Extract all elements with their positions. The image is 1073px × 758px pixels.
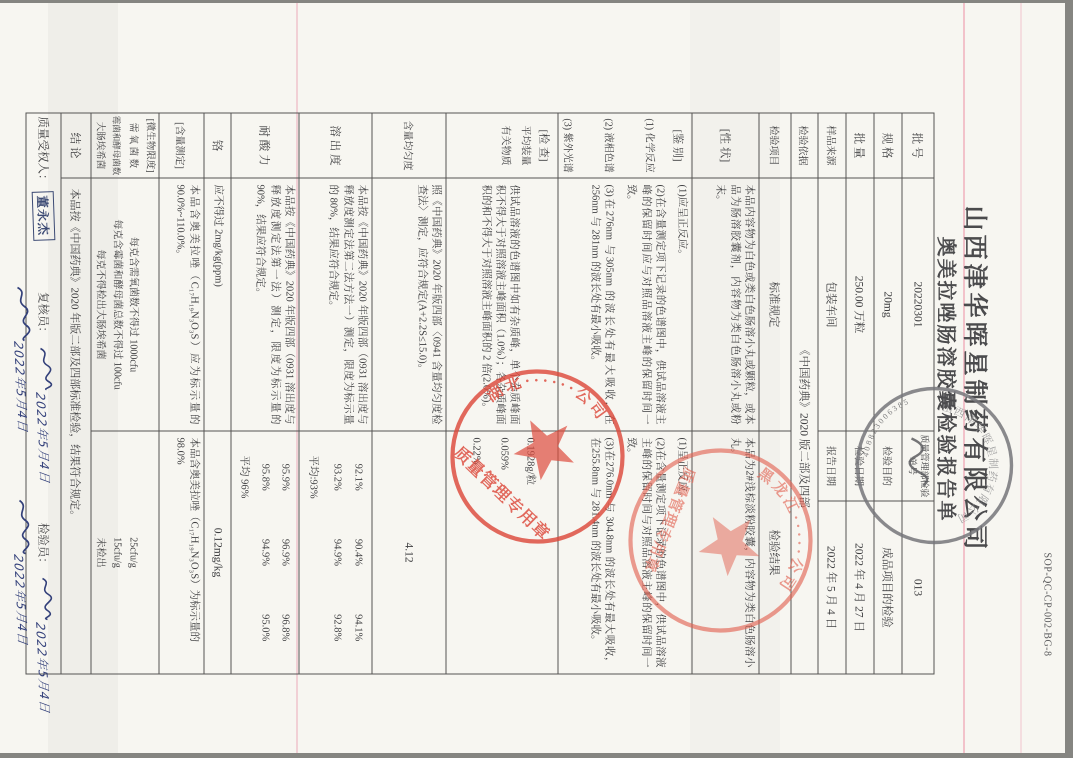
avg-fill-weight-label: 平均装量 (520, 126, 535, 166)
acid-resistance-value: 96.8% (273, 590, 293, 665)
signature-row: 质量受权人： 董永杰 复核员： 2022年5月4日 检验员： 2022年5月4日 (27, 114, 61, 674)
inspection-label: [检 查] (537, 129, 553, 161)
avg-fill-weight-result: 0.1928g/粒 (522, 438, 536, 668)
batch-qty-value: 250.00 万粒 (847, 179, 874, 432)
basis-value: 《中国药典》2020 版二部及四部 (792, 179, 818, 674)
related-substances-label: 有关物质 (500, 126, 515, 166)
microbial-standards: 每克含需氧菌数不得过 1000cfu 每克含霉菌和酵母菌总数不得过 100cfu… (92, 179, 159, 432)
assay-result: 本品含奥美拉唑（C₁₇H₁₉N₃O₃S）为标示量的 98.0% (160, 432, 204, 674)
content-uniformity-result: 4.12 (373, 432, 446, 674)
identification-result-3: (3)在276.0nm 与 304.8nm 的波长处有最大吸收，在255.8nm… (587, 438, 615, 668)
col-standard-header: 标准规定 (760, 179, 791, 432)
dissolution-label: 溶 出 度 (300, 114, 372, 179)
table-row-batch: 批 号 20220301 质量管理部检验单号 013 (902, 114, 934, 674)
identification-standard-1: (1)应呈正反应。 (674, 185, 688, 425)
acid-resistance-result: 95.9% 96.9% 96.8% 95.8% 94.9% 95.0% 平均 9… (232, 432, 299, 674)
chromium-label: 铬 (205, 114, 231, 179)
row-dissolution: 溶 出 度 本品按《中国药典》2020 年版四部（0931 溶出度与释放度测定法… (299, 114, 372, 674)
ecoli-label: 大肠埃希菌 (92, 122, 109, 170)
inspection-labels: [检 查] 平均装量 有关物质 (447, 114, 558, 179)
conclusion-label: 结 论 (62, 114, 91, 179)
report-date-label: 报告日期 (819, 432, 846, 502)
row-content-uniformity: 含量均匀度 照《中国药典》2020 年版四部〈0941 含量均匀度检查法〉测定，… (372, 114, 446, 674)
reviewer-signature-scrawl (34, 346, 53, 390)
report-portrait-page: SOP-QC-CP-002-BG-8 山西津华晖星制药有限公司 奥美拉唑肠溶胶囊… (0, 3, 1065, 753)
spec-value: 20mg (875, 179, 902, 432)
row-appearance: [性 状] 本品内容物为白色或类白色肠溶小丸或颗粒，或本品为肠溶胶囊剂，内容物为… (692, 114, 759, 674)
dissolution-value: 90.4% (344, 515, 365, 590)
inspection-standard: 供试品溶液的色谱图中如有杂质峰，单个杂质峰面积不得大于对照溶液主峰面积（1.0%… (447, 179, 558, 432)
conclusion-text: 本品按《中国药典》2020 年版二部及四部标准检验，结果符合规定。 (62, 179, 91, 674)
table-header-row: 检验项目 标准规定 检验结果 (759, 114, 791, 674)
source-value: 包装车间 (819, 179, 846, 432)
assay-standard: 本品含奥美拉唑（C₁₇H₁₉N₃O₃S）应为标示量的 90.0%~110.0%。 (160, 179, 204, 432)
col-result-header: 检验结果 (760, 432, 791, 674)
identification-item-3: (3) 紫外光谱 (562, 118, 577, 172)
identification-result: (1)呈正反应。 (2)在含量测定项下记录的色谱图中，供试品溶液主峰的保留时间与… (559, 432, 692, 674)
inspection-result: 0.1928g/粒 0.059% 0.22% (447, 432, 558, 674)
acid-resistance-average: 平均 96% (232, 440, 252, 666)
row-signatures: 质量受权人： 董永杰 复核员： 2022年5月4日 检验员： 2022年5月4日 (27, 114, 61, 674)
aerobic-count-result: 25cfu/g (125, 537, 142, 568)
microbial-label: [微生物限度] (141, 119, 158, 173)
reviewer-label: 复核员： (36, 292, 52, 338)
company-name: 山西津华晖星制药有限公司 (959, 3, 995, 753)
reviewer-date: 2022年5月4日 (33, 391, 55, 484)
acid-resistance-value: 94.9% (253, 515, 273, 590)
assay-result-value: 98.0% (172, 438, 186, 668)
mold-yeast-standard: 每克含霉菌和酵母菌总数不得过 100cfu (108, 219, 125, 389)
purpose-value: 成品项目的检验 (875, 502, 902, 674)
microbial-results: 25cfu/g 15cfu/g 未检出 (92, 432, 159, 674)
dissolution-value: 94.9% (323, 515, 344, 590)
chromium-standard: 应不得过 2mg/kg(ppm) (205, 179, 231, 432)
row-identification: [鉴 别] (1) 化学反应 (2) 液相色谱 (3) 紫外光谱 (1)应呈正反… (558, 114, 692, 674)
authorizer-label: 质量受权人： (36, 117, 52, 186)
table-row-source: 样品来源 包装车间 报告日期 2022 年 5 月 4 日 (818, 114, 846, 674)
identification-item-2: (2) 液相色谱 (603, 118, 618, 172)
report-title: 奥美拉唑肠溶胶囊检验报告单 (934, 3, 963, 753)
content-uniformity-label: 含量均匀度 (373, 114, 446, 179)
test-date-label: 检验日期 (847, 432, 874, 502)
spec-label: 规 格 (875, 114, 902, 179)
single-impurity-result: 0.059% (496, 438, 510, 668)
assay-result-text: 本品含奥美拉唑（C₁₇H₁₉N₃O₃S）为标示量的 (186, 438, 200, 668)
total-impurity-result: 0.22% (468, 438, 482, 668)
dissolution-average: 平均:93% (300, 440, 321, 666)
appearance-label: [性 状] (693, 114, 759, 179)
appearance-standard: 本品内容物为白色或类白色肠溶小丸或颗粒，或本品为肠溶胶囊剂，内容物为类白色肠溶小… (693, 179, 759, 432)
inspector-date: 2022年5月4日 (33, 622, 55, 715)
table-row-basis: 检验依据 《中国药典》2020 版二部及四部 (791, 114, 818, 674)
purpose-label: 检验目的 (875, 432, 902, 502)
identification-standard: (1)应呈正反应。 (2)在含量测定项下记录的色谱图中，供试品溶液主峰的保留时间… (559, 179, 692, 432)
acid-resistance-value: 95.0% (253, 590, 273, 665)
identification-item-1: (1) 化学反应 (644, 118, 659, 172)
screenshot-root: { "meta": { "doc_code": "SOP-QC-CP-002-B… (0, 0, 1073, 758)
row-inspection: [检 查] 平均装量 有关物质 供试品溶液的色谱图中如有杂质峰，单个杂质峰面积不… (446, 114, 558, 674)
row-chromium: 铬 应不得过 2mg/kg(ppm) 0.12mg/kg (204, 114, 231, 674)
authorizer-name-chop: 董永杰 (32, 191, 56, 240)
acid-resistance-label: 耐 酸 力 (232, 114, 299, 179)
scanned-report-page: SOP-QC-CP-002-BG-8 山西津华晖星制药有限公司 奥美拉唑肠溶胶囊… (0, 3, 1065, 753)
acid-resistance-standard: 本品按《中国药典》2020 年版四部（0931 溶出度与释放度测定法第一法）测定… (232, 179, 299, 432)
handwritten-note-date: 2022年5月4日 (11, 341, 33, 434)
row-assay: [含量测定] 本品含奥美拉唑（C₁₇H₁₉N₃O₃S）应为标示量的 90.0%~… (159, 114, 204, 674)
identification-labels: [鉴 别] (1) 化学反应 (2) 液相色谱 (3) 紫外光谱 (559, 114, 692, 179)
report-table: 批 号 20220301 质量管理部检验单号 013 规 格 20mg 检验目的… (26, 113, 935, 675)
acid-resistance-value: 95.8% (253, 440, 273, 515)
identification-standard-3: (3)在276nm 与305nm 的波长处有最大吸收，在256nm 与 281n… (587, 185, 615, 425)
content-uniformity-standard: 照《中国药典》2020 年版四部〈0941 含量均匀度检查法〉测定，应符合规定(… (373, 179, 446, 432)
dissolution-value: 92.1% (344, 440, 365, 515)
handwritten-note: 2022年5月4日 (13, 499, 31, 646)
dissolution-result: 92.1% 90.4% 94.1% 93.2% 94.9% 92.8% 平均:9… (300, 432, 372, 674)
acid-resistance-value: 96.9% (273, 515, 293, 590)
microbial-labels: [微生物限度] 需 氧 菌 数 霉菌和酵母菌数 大肠埃希菌 (92, 114, 159, 179)
source-label: 样品来源 (819, 114, 846, 179)
inspector-signature-scrawl (34, 577, 53, 621)
col-item-header: 检验项目 (760, 114, 791, 179)
ecoli-standard: 每克不得检出大肠埃希菌 (92, 250, 109, 360)
appearance-result: 本品为2#浅棕淡粉胶囊，内容物为类白色肠溶小丸。 (693, 432, 759, 674)
dissolution-value: 92.8% (323, 590, 344, 665)
identification-result-1: (1)呈正反应。 (674, 438, 688, 668)
mold-yeast-label: 霉菌和酵母菌数 (108, 116, 125, 176)
basis-label: 检验依据 (792, 114, 818, 179)
report-no-label: 质量管理部检验单号 (903, 432, 934, 502)
aerobic-count-label: 需 氧 菌 数 (125, 123, 142, 168)
aerobic-count-standard: 每克含需氧菌数不得过 1000cfu (125, 237, 142, 372)
dissolution-value: 94.1% (344, 590, 365, 665)
related-substances-standard: 供试品溶液的色谱图中如有杂质峰，单个杂质峰面积不得大于对照溶液主峰面积（1.0%… (478, 185, 521, 425)
identification-label: [鉴 别] (671, 129, 687, 161)
table-row-qty: 批 量 250.00 万粒 检验日期 2022 年 4 月 27 日 (846, 114, 874, 674)
acid-resistance-value: 95.9% (273, 440, 293, 515)
mold-yeast-result: 15cfu/g (108, 537, 125, 568)
row-microbial: [微生物限度] 需 氧 菌 数 霉菌和酵母菌数 大肠埃希菌 每克含需氧菌数不得过… (91, 114, 159, 674)
table-row-spec: 规 格 20mg 检验目的 成品项目的检验 (874, 114, 902, 674)
dissolution-value: 93.2% (323, 440, 344, 515)
report-no-value: 013 (903, 502, 934, 674)
assay-label: [含量测定] (160, 114, 204, 179)
row-conclusion: 结 论 本品按《中国药典》2020 年版二部及四部标准检验，结果符合规定。 (61, 114, 91, 674)
chromium-result: 0.12mg/kg (205, 432, 231, 674)
batch-no-label: 批 号 (903, 114, 934, 179)
row-acid-resistance: 耐 酸 力 本品按《中国药典》2020 年版四部（0931 溶出度与释放度测定法… (231, 114, 299, 674)
ecoli-result: 未检出 (92, 538, 109, 568)
dissolution-standard: 本品按《中国药典》2020 年版四部（0931 溶出度与释放度测定法第二法方法一… (300, 179, 372, 432)
batch-qty-label: 批 量 (847, 114, 874, 179)
doc-code: SOP-QC-CP-002-BG-8 (1042, 553, 1053, 693)
report-date-value: 2022 年 5 月 4 日 (819, 502, 846, 674)
handwritten-note-date: 2022年5月4日 (11, 554, 33, 647)
inspector-label: 检验员： (36, 523, 52, 569)
handwritten-note: 2022年5月4日 (13, 286, 31, 433)
identification-standard-2: (2)在含量测定项下记录的色谱图中，供试品溶液主峰的保留时间应与对照品溶液主峰的… (624, 185, 667, 425)
batch-no-value: 20220301 (903, 179, 934, 432)
identification-result-2: (2)在含量测定项下记录的色谱图中，供试品溶液主峰的保留时间与对照品溶液主峰的保… (624, 438, 667, 668)
test-date-value: 2022 年 4 月 27 日 (847, 502, 874, 674)
